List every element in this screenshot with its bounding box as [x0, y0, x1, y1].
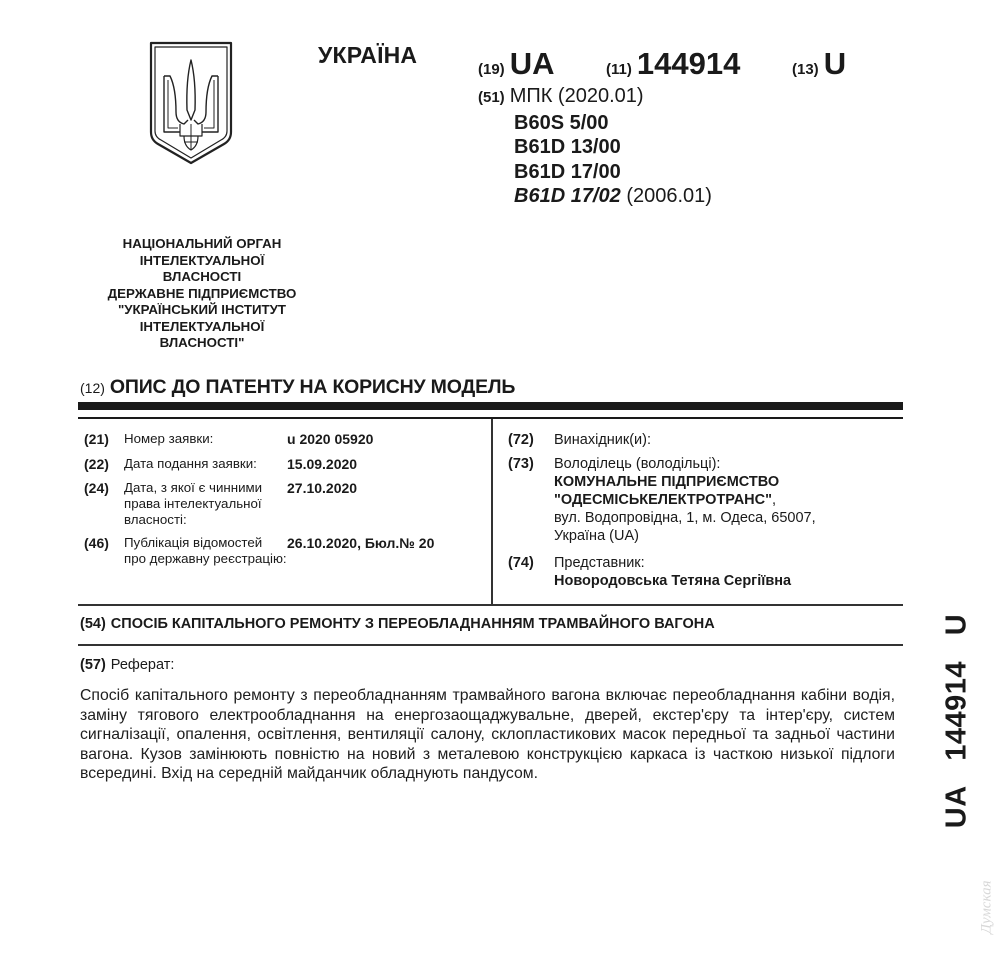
inid-code: (22): [84, 456, 124, 472]
side-patent-number: UA 144914 U: [925, 598, 989, 843]
inventors-field: (72) Винахідник(и):: [508, 431, 651, 449]
country-code-field: (19) UA: [478, 46, 554, 82]
inventors-label: Винахідник(и):: [554, 431, 651, 449]
ipc-class: B61D 13/00: [478, 135, 712, 160]
watermark: Думская: [972, 862, 1000, 952]
inid-code: (24): [84, 480, 124, 528]
inid-code: (13): [792, 61, 819, 78]
inid-code: (21): [84, 431, 124, 447]
bib-row-46: (46) Публікація відомостей про державну …: [84, 535, 434, 567]
patent-number: 144914: [637, 46, 740, 82]
document-kind-field: (13) U: [792, 46, 846, 82]
document-type-heading: (12) ОПИС ДО ПАТЕНТУ НА КОРИСНУ МОДЕЛЬ: [80, 376, 515, 399]
effective-date: 27.10.2020: [287, 480, 357, 528]
abstract-label: Реферат:: [111, 657, 175, 673]
ipc-label: МПК (2020.01): [510, 84, 644, 109]
owner-field: (73) Володілець (володільці): КОМУНАЛЬНЕ…: [508, 455, 816, 545]
inid-code: (46): [84, 535, 124, 567]
inid-code: (12): [80, 380, 105, 396]
invention-title: СПОСІБ КАПІТАЛЬНОГО РЕМОНТУ З ПЕРЕОБЛАДН…: [111, 616, 715, 632]
inid-code: (51): [478, 86, 505, 111]
bib-label: Публікація відомостей про державну реєст…: [124, 535, 287, 567]
owner-address: Україна (UA): [554, 527, 816, 545]
representative-field: (74) Представник: Новородовська Тетяна С…: [508, 554, 791, 590]
abstract-heading: (57) Реферат:: [80, 657, 174, 673]
patent-number-field: (11) 144914: [606, 46, 740, 82]
inid-code: (74): [508, 554, 554, 590]
publication-date: 26.10.2020, Бюл.№ 20: [287, 535, 434, 567]
column-divider: [491, 419, 493, 604]
abstract-text: Спосіб капітального ремонту з переобладн…: [80, 686, 895, 784]
bib-label: Номер заявки:: [124, 431, 287, 447]
authority-line: ВЛАСНОСТІ: [82, 269, 322, 286]
bib-row-22: (22) Дата подання заявки: 15.09.2020: [84, 456, 357, 472]
bib-label: Дата, з якої є чинними права інтелектуал…: [124, 480, 287, 528]
ipc-class-version: (2006.01): [626, 185, 712, 207]
owner-label: Володілець (володільці):: [554, 455, 816, 473]
representative-name: Новородовська Тетяна Сергіївна: [554, 572, 791, 590]
bib-row-24: (24) Дата, з якої є чинними права інтеле…: [84, 480, 357, 528]
side-label-text: UA 144914 U: [941, 613, 974, 827]
bib-label: Дата подання заявки:: [124, 456, 287, 472]
application-number: u 2020 05920: [287, 431, 373, 447]
country-code: UA: [510, 46, 555, 82]
filing-date: 15.09.2020: [287, 456, 357, 472]
authority-line: ДЕРЖАВНЕ ПІДПРИЄМСТВО: [82, 286, 322, 303]
inid-code: (57): [80, 657, 106, 673]
watermark-text: Думская: [979, 880, 996, 933]
coat-of-arms-icon: [148, 40, 234, 166]
authority-line: ВЛАСНОСТІ": [82, 335, 322, 352]
authority-line: НАЦІОНАЛЬНИЙ ОРГАН: [82, 236, 322, 253]
divider-thick: [78, 402, 903, 410]
punctuation: ,: [772, 492, 776, 508]
invention-title-heading: (54) СПОСІБ КАПІТАЛЬНОГО РЕМОНТУ З ПЕРЕО…: [80, 616, 715, 632]
bib-row-21: (21) Номер заявки: u 2020 05920: [84, 431, 373, 447]
authority-line: ІНТЕЛЕКТУАЛЬНОЇ: [82, 319, 322, 336]
country-name: УКРАЇНА: [318, 42, 417, 69]
inid-code: (19): [478, 61, 505, 78]
divider: [78, 644, 903, 646]
document-kind-code: U: [824, 46, 846, 82]
ipc-class: B60S 5/00: [478, 111, 712, 136]
document-type-title: ОПИС ДО ПАТЕНТУ НА КОРИСНУ МОДЕЛЬ: [110, 376, 515, 399]
ipc-classification: (51) МПК (2020.01) B60S 5/00 B61D 13/00 …: [478, 84, 712, 209]
issuing-authority: НАЦІОНАЛЬНИЙ ОРГАН ІНТЕЛЕКТУАЛЬНОЇ ВЛАСН…: [82, 236, 322, 352]
authority-line: ІНТЕЛЕКТУАЛЬНОЇ: [82, 253, 322, 270]
representative-block: Представник: Новородовська Тетяна Сергії…: [554, 554, 791, 590]
owner-block: Володілець (володільці): КОМУНАЛЬНЕ ПІДП…: [554, 455, 816, 545]
inid-code: (72): [508, 431, 554, 449]
owner-name: КОМУНАЛЬНЕ ПІДПРИЄМСТВО: [554, 473, 816, 491]
ipc-class: B61D 17/02 (2006.01): [478, 184, 712, 209]
inid-code: (73): [508, 455, 554, 545]
owner-address: вул. Водопровідна, 1, м. Одеса, 65007,: [554, 509, 816, 527]
authority-line: "УКРАЇНСЬКИЙ ІНСТИТУТ: [82, 302, 322, 319]
ipc-class-code: B61D 17/02: [514, 185, 621, 207]
owner-name: "ОДЕСМІСЬКЕЛЕКТРОТРАНС": [554, 492, 772, 508]
inid-code: (54): [80, 616, 106, 632]
representative-label: Представник:: [554, 554, 791, 572]
inid-code: (11): [606, 61, 632, 78]
ipc-class: B61D 17/00: [478, 160, 712, 185]
divider: [78, 604, 903, 606]
